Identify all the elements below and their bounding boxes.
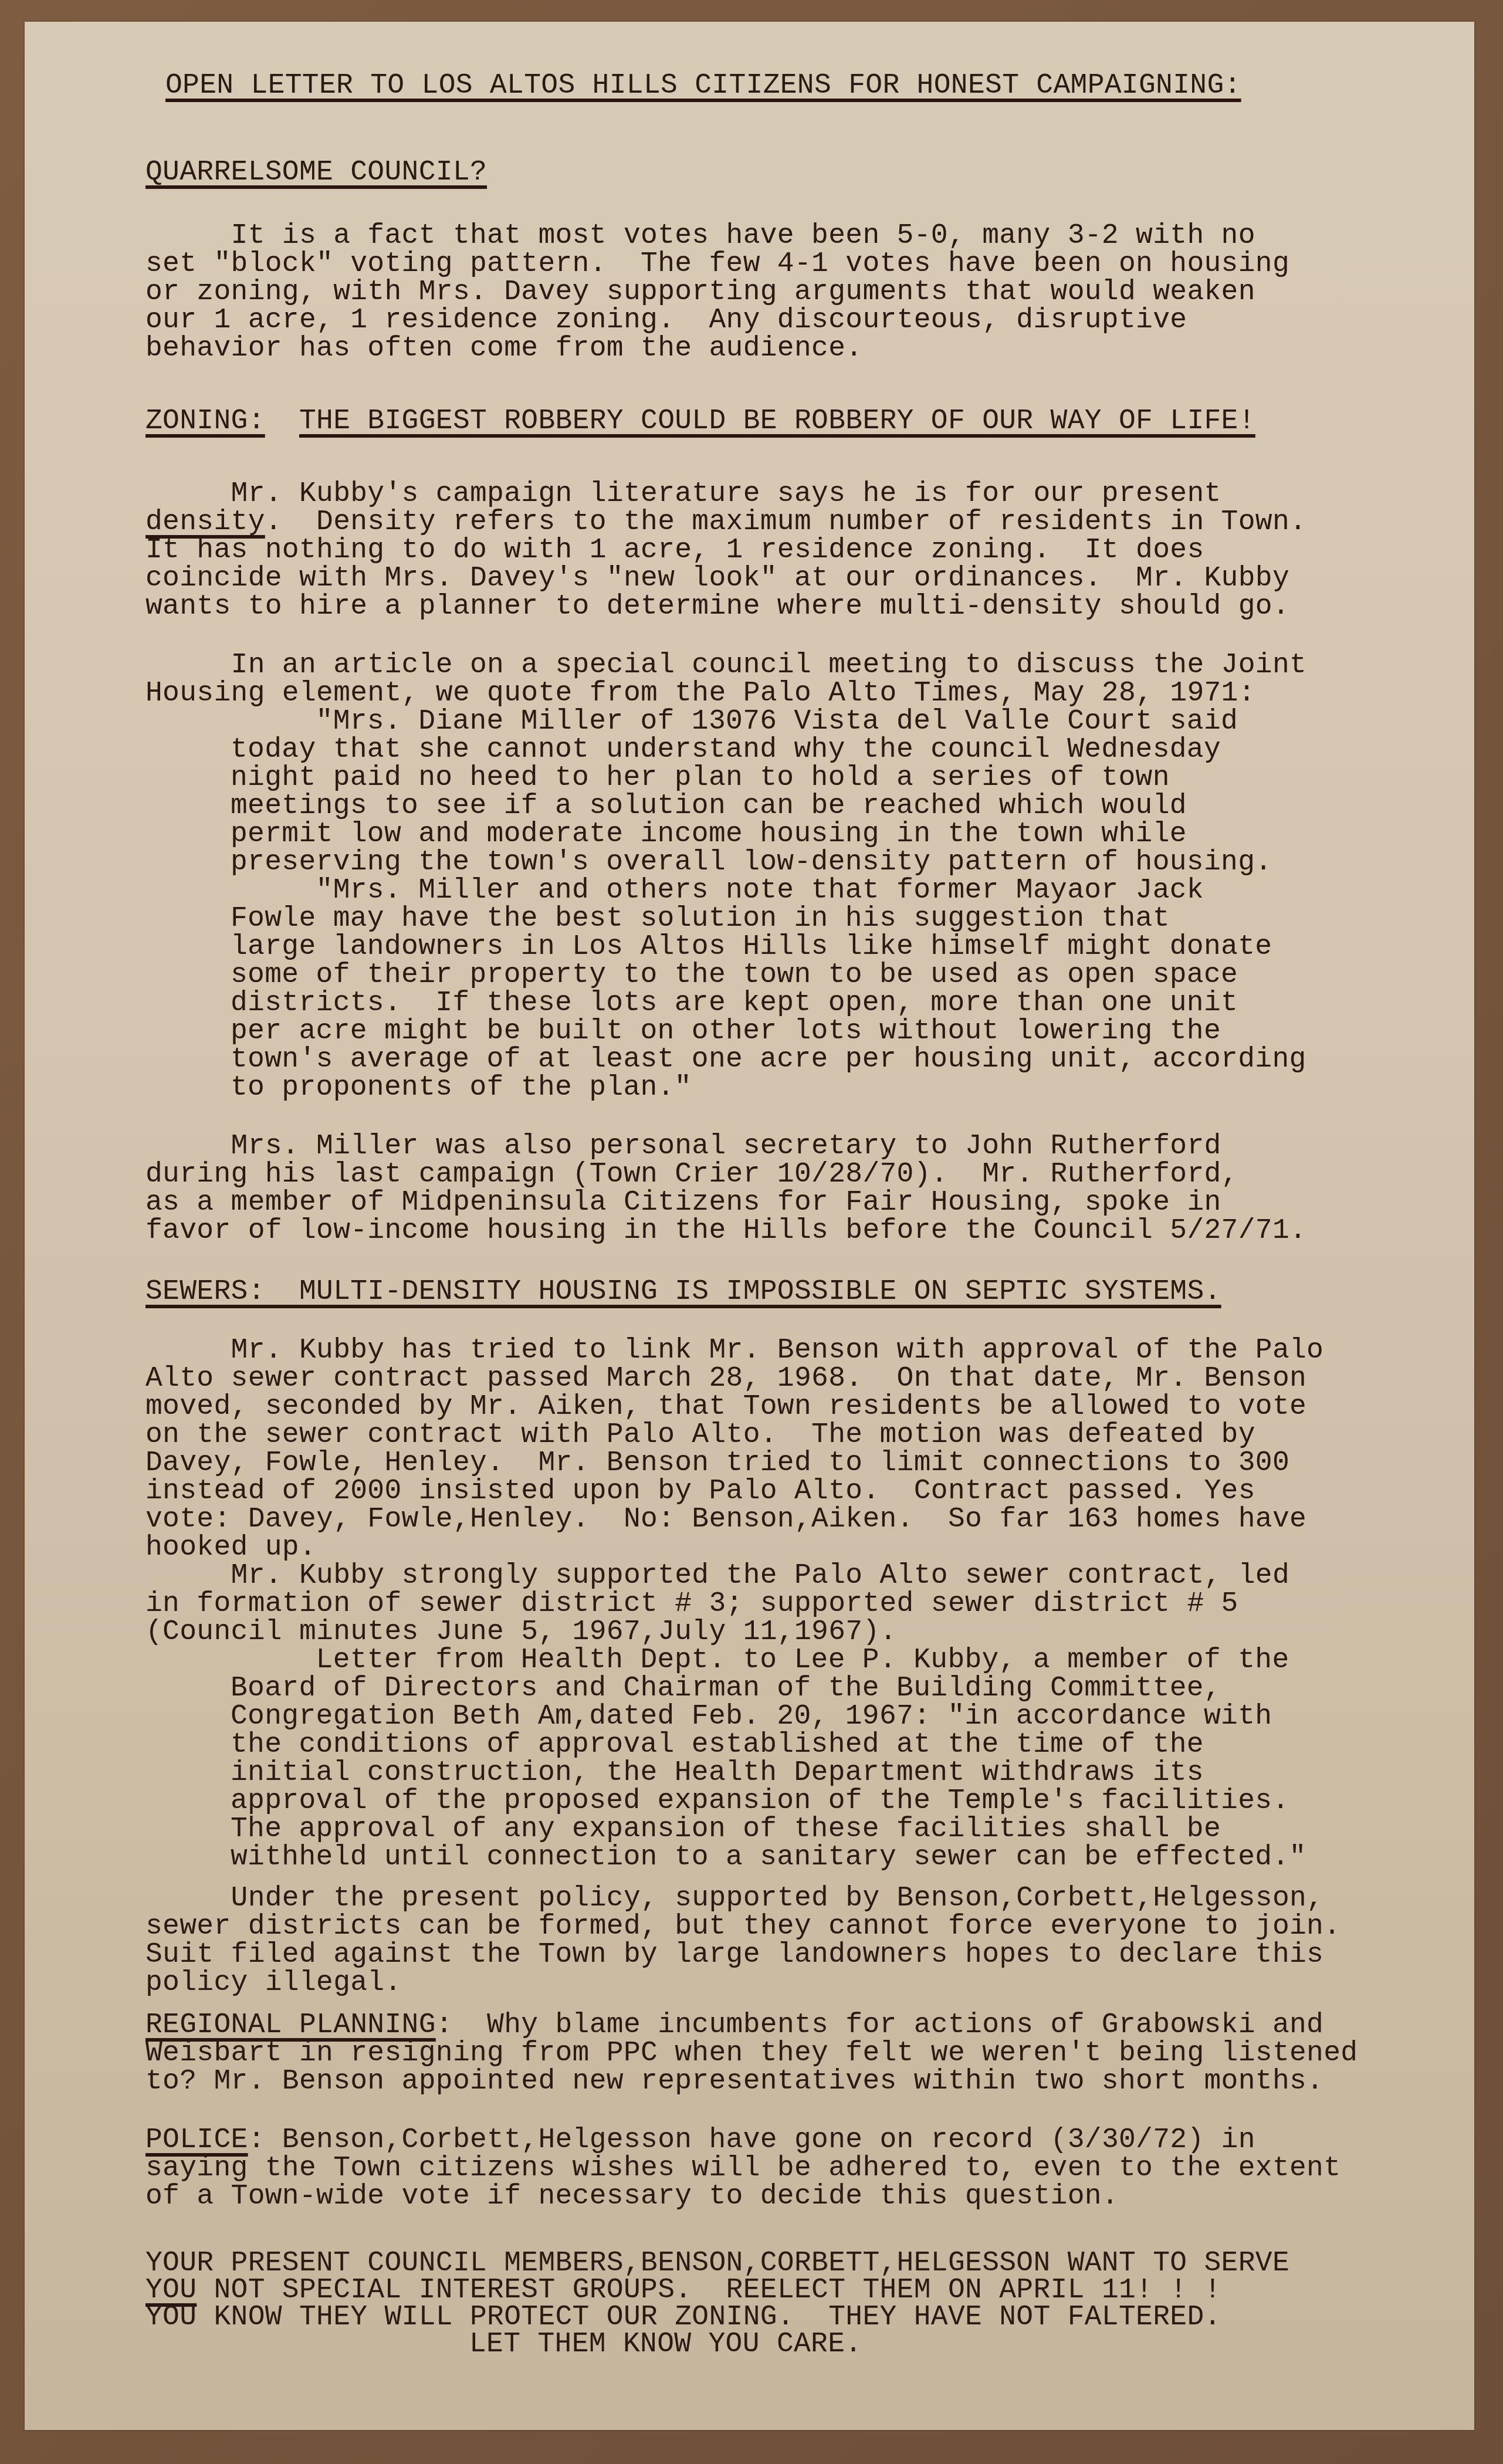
quote-line: Letter from Health Dept. to Lee P. Kubby… — [231, 1646, 1289, 1674]
body-line: policy illegal. — [145, 1969, 402, 1997]
body-line: Under the present policy, supported by B… — [145, 1884, 1323, 1913]
quote-line: large landowners in Los Altos Hills like… — [231, 933, 1272, 961]
body-line: instead of 2000 insisted upon by Palo Al… — [145, 1477, 1255, 1505]
quote-line: meetings to see if a solution can be rea… — [231, 792, 1187, 820]
body-text: . Density refers to the maximum number o… — [265, 506, 1306, 538]
body-line: Mr. Kubby strongly supported the Palo Al… — [145, 1562, 1289, 1590]
heading-punct: : — [436, 2009, 453, 2041]
open-letter: OPEN LETTER TO LOS ALTOS HILLS CITIZENS … — [0, 0, 1503, 2464]
body-line: saying the Town citizens wishes will be … — [145, 2154, 1340, 2182]
body-line: In an article on a special council meeti… — [145, 651, 1306, 679]
body-line: vote: Davey, Fowle,Henley. No: Benson,Ai… — [145, 1505, 1306, 1534]
body-line: density. Density refers to the maximum n… — [145, 508, 1306, 536]
quote-line: "Mrs. Diane Miller of 13076 Vista del Va… — [231, 708, 1238, 736]
heading-zoning-title: THE BIGGEST ROBBERY COULD BE ROBBERY OF … — [299, 405, 1255, 437]
police-first-line: POLICE: Benson,Corbett,Helgesson have go… — [145, 2126, 1255, 2154]
quote-line: preserving the town's overall low-densit… — [231, 848, 1272, 876]
body-line: Suit filed against the Town by large lan… — [145, 1941, 1323, 1969]
closing-line: YOU KNOW THEY WILL PROTECT OUR ZONING. T… — [145, 2303, 1221, 2331]
quote-line: town's average of at least one acre per … — [231, 1045, 1306, 1074]
quote-line: to proponents of the plan." — [231, 1074, 692, 1102]
quote-line: the conditions of approval established a… — [231, 1731, 1204, 1759]
quote-line: some of their property to the town to be… — [231, 961, 1238, 989]
quote-line: Fowle may have the best solution in his … — [231, 905, 1170, 933]
body-line: coincide with Mrs. Davey's "new look" at… — [145, 564, 1289, 593]
body-line: set "block" voting pattern. The few 4-1 … — [145, 250, 1289, 278]
body-line: Alto sewer contract passed March 28, 196… — [145, 1365, 1306, 1393]
heading-sewers: SEWERS: MULTI-DENSITY HOUSING IS IMPOSSI… — [145, 1278, 1221, 1306]
letter-title: OPEN LETTER TO LOS ALTOS HILLS CITIZENS … — [165, 72, 1241, 100]
quote-line: withheld until connection to a sanitary … — [231, 1843, 1306, 1871]
quote-line: Congregation Beth Am,dated Feb. 20, 1967… — [231, 1703, 1272, 1731]
body-line: as a member of Midpeninsula Citizens for… — [145, 1189, 1221, 1217]
heading-punct: : — [248, 2124, 265, 2156]
body-line: sewer districts can be formed, but they … — [145, 1913, 1340, 1941]
quote-line: night paid no heed to her plan to hold a… — [231, 764, 1170, 792]
regional-planning-first-line: REGIONAL PLANNING: Why blame incumbents … — [145, 2011, 1323, 2039]
body-line: our 1 acre, 1 residence zoning. Any disc… — [145, 306, 1187, 334]
quote-line: The approval of any expansion of these f… — [231, 1815, 1221, 1843]
closing-line: LET THEM KNOW YOU CARE. — [469, 2330, 862, 2358]
body-line: during his last campaign (Town Crier 10/… — [145, 1160, 1238, 1189]
body-line: Housing element, we quote from the Palo … — [145, 679, 1255, 708]
body-line: favor of low-income housing in the Hills… — [145, 1217, 1306, 1245]
body-line: (Council minutes June 5, 1967,July 11,19… — [145, 1618, 897, 1646]
closing-line: YOUR PRESENT COUNCIL MEMBERS,BENSON,CORB… — [145, 2249, 1289, 2277]
underlined-word-density: density — [145, 506, 265, 538]
body-line: Weisbart in resigning from PPC when they… — [145, 2039, 1358, 2067]
body-line: It has nothing to do with 1 acre, 1 resi… — [145, 536, 1204, 564]
heading-zoning: ZONING: THE BIGGEST ROBBERY COULD BE ROB… — [145, 407, 1255, 435]
body-line: of a Town-wide vote if necessary to deci… — [145, 2182, 1119, 2211]
body-line: hooked up. — [145, 1534, 316, 1562]
body-line: moved, seconded by Mr. Aiken, that Town … — [145, 1393, 1306, 1421]
quote-line: Board of Directors and Chairman of the B… — [231, 1674, 1221, 1703]
quote-line: approval of the proposed expansion of th… — [231, 1787, 1289, 1815]
heading-regional-planning: REGIONAL PLANNING — [145, 2009, 436, 2041]
body-line: or zoning, with Mrs. Davey supporting ar… — [145, 278, 1255, 306]
heading-police: POLICE — [145, 2124, 248, 2156]
heading-zoning-label: ZONING: — [145, 405, 265, 437]
quote-line: today that she cannot understand why the… — [231, 736, 1221, 764]
closing-line: YOU NOT SPECIAL INTEREST GROUPS. REELECT… — [145, 2276, 1221, 2304]
body-line: on the sewer contract with Palo Alto. Th… — [145, 1421, 1255, 1449]
body-line: Mrs. Miller was also personal secretary … — [145, 1132, 1221, 1160]
quote-line: per acre might be built on other lots wi… — [231, 1017, 1221, 1045]
quote-line: "Mrs. Miller and others note that former… — [231, 876, 1204, 905]
body-line: Mr. Kubby has tried to link Mr. Benson w… — [145, 1336, 1323, 1365]
body-line: Mr. Kubby's campaign literature says he … — [145, 480, 1221, 508]
body-line: wants to hire a planner to determine whe… — [145, 593, 1289, 621]
body-text: Benson,Corbett,Helgesson have gone on re… — [265, 2124, 1255, 2156]
body-line: behavior has often come from the audienc… — [145, 334, 862, 363]
body-line: Davey, Fowle, Henley. Mr. Benson tried t… — [145, 1449, 1289, 1477]
body-line: It is a fact that most votes have been 5… — [145, 222, 1255, 250]
body-line: in formation of sewer district # 3; supp… — [145, 1590, 1238, 1618]
body-line: to? Mr. Benson appointed new representat… — [145, 2067, 1323, 2096]
quote-line: districts. If these lots are kept open, … — [231, 989, 1238, 1017]
heading-quarrelsome-council: QUARRELSOME COUNCIL? — [145, 158, 487, 187]
quote-line: initial construction, the Health Departm… — [231, 1759, 1204, 1787]
body-text: Why blame incumbents for actions of Grab… — [453, 2009, 1323, 2041]
quote-line: permit low and moderate income housing i… — [231, 820, 1187, 848]
